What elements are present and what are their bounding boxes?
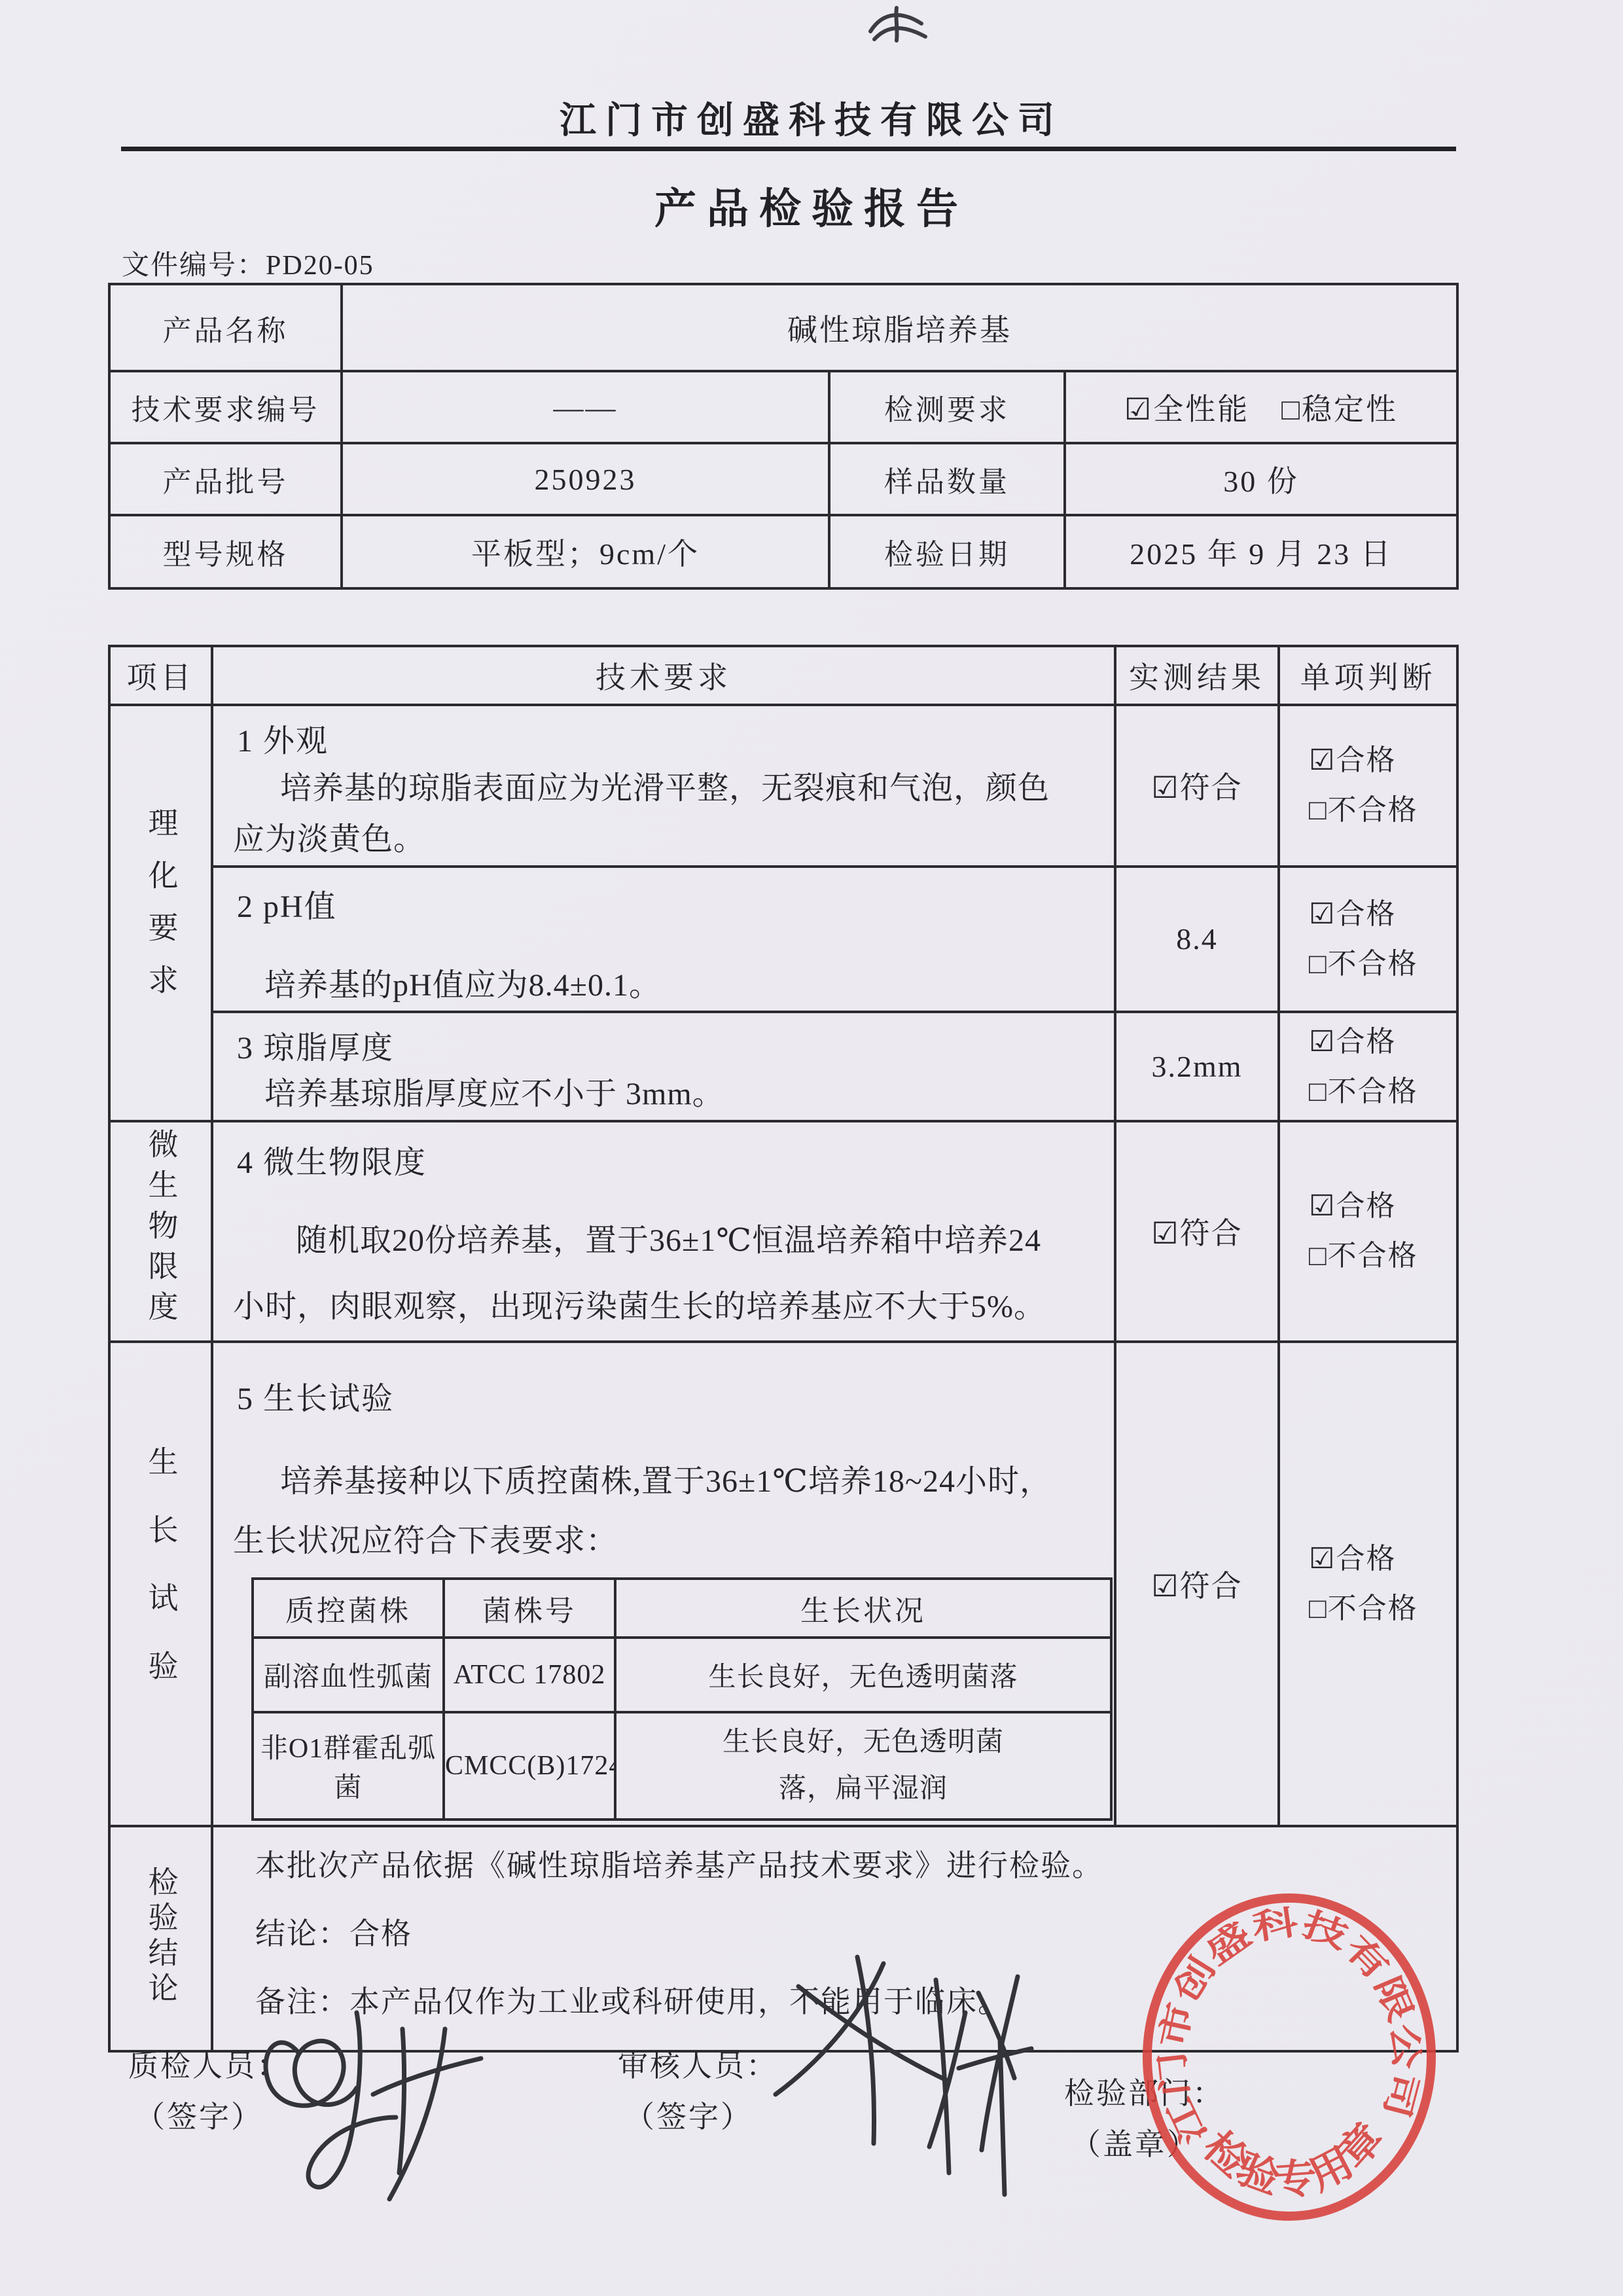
requirement-title: 1 外观: [237, 715, 1061, 761]
scanned-report-page: 江门市创盛科技有限公司 产品检验报告 文件编号：PD20-05 产品名称 碱性琼…: [0, 0, 1623, 2296]
requirement-title: 4 微生物限度: [237, 1137, 1061, 1182]
test-req-label: 检测要求: [829, 371, 1065, 443]
conclusion-basis: 本批次产品依据《碱性琼脂培养基产品技术要求》进行检验。: [255, 1846, 1430, 1886]
judgment-pass: ☑合格: [1309, 1185, 1456, 1228]
table-row: 3 琼脂厚度 培养基琼脂厚度应不小于 3mm。 3.2mm ☑合格 □不合格: [109, 1012, 1457, 1121]
result-growth: ☑符合: [1115, 1342, 1279, 1826]
col-header-item: 项目: [109, 646, 212, 705]
department-label: 检验部门：: [1064, 2068, 1224, 2119]
sample-qty-label: 样品数量: [829, 443, 1065, 515]
requirement-appearance: 1 外观 培养基的琼脂表面应为光滑平整，无裂痕和气泡，颜色应为淡黄色。: [212, 705, 1115, 867]
judgment-fail: □不合格: [1309, 942, 1456, 986]
tech-req-no-value: ——: [342, 371, 829, 443]
growth-status: 生长良好，无色透明菌落: [615, 1638, 1111, 1712]
requirement-thickness: 3 琼脂厚度 培养基琼脂厚度应不小于 3mm。: [212, 1012, 1115, 1121]
table-row: 微生物限度 4 微生物限度 随机取20份培养基，置于36±1℃恒温培养箱中培养2…: [109, 1121, 1457, 1342]
growth-col-status: 生长状况: [615, 1579, 1111, 1638]
requirement-body-line2: 生长状况应符合下表要求：: [233, 1516, 1061, 1567]
strain-number: CMCC(B)17247: [444, 1712, 615, 1820]
results-header-row: 项目 技术要求 实测结果 单项判断: [109, 646, 1457, 705]
requirement-growth: 5 生长试验 培养基接种以下质控菌株,置于36±1℃培养18~24小时， 生长状…: [212, 1342, 1115, 1826]
batch-label: 产品批号: [109, 443, 342, 515]
department-block: 检验部门： （盖章）: [1064, 2068, 1224, 2170]
judgment-fail: □不合格: [1309, 1070, 1456, 1113]
judgment-fail: □不合格: [1309, 1234, 1456, 1278]
judgment-thickness: ☑合格 □不合格: [1279, 1012, 1457, 1121]
date-value: 2025 年 9 月 23 日: [1065, 515, 1457, 588]
growth-status: 生长良好，无色透明菌落，扁平湿润: [615, 1712, 1111, 1820]
requirement-micro: 4 微生物限度 随机取20份培养基，置于36±1℃恒温培养箱中培养24小时，肉眼…: [212, 1121, 1115, 1342]
section-growth: 生长试验: [109, 1342, 212, 1826]
table-row: 产品名称 碱性琼脂培养基: [109, 284, 1457, 371]
page-title: 产品检验报告: [0, 175, 1623, 236]
title-divider: [121, 147, 1456, 151]
result-thickness: 3.2mm: [1115, 1012, 1279, 1121]
strain-name: 非O1群霍乱弧菌: [253, 1712, 444, 1820]
judgment-pass: ☑合格: [1309, 893, 1456, 936]
reviewer-handwritten-signature: [726, 1947, 1034, 2202]
section-label: 微生物限度: [139, 1128, 183, 1331]
product-name-label: 产品名称: [109, 284, 342, 371]
department-sub: （盖章）: [1071, 2119, 1224, 2170]
product-info-table: 产品名称 碱性琼脂培养基 技术要求编号 —— 检测要求 ☑全性能 □稳定性 产品…: [108, 283, 1459, 590]
growth-header-row: 质控菌株 菌株号 生长状况: [253, 1579, 1111, 1638]
growth-status-text: 生长良好，无色透明菌落，扁平湿润: [616, 1719, 1110, 1813]
judgment-pass: ☑合格: [1309, 739, 1456, 782]
result-ph: 8.4: [1115, 867, 1279, 1013]
judgment-pass: ☑合格: [1309, 1020, 1456, 1064]
result-micro: ☑符合: [1115, 1121, 1279, 1342]
judgment-appearance: ☑合格 □不合格: [1279, 705, 1457, 867]
model-label: 型号规格: [109, 515, 342, 588]
requirement-body-line1: 培养基接种以下质控菌株,置于36±1℃培养18~24小时，: [233, 1456, 1061, 1507]
test-req-checkboxes: ☑全性能 □稳定性: [1065, 371, 1457, 443]
document-number: 文件编号：PD20-05: [122, 243, 374, 283]
table-row: 型号规格 平板型；9cm/个 检验日期 2025 年 9 月 23 日: [109, 515, 1457, 588]
growth-test-table: 质控菌株 菌株号 生长状况 副溶血性弧菌 ATCC 17802 生长良好，无色透…: [251, 1577, 1113, 1821]
table-row: 生长试验 5 生长试验 培养基接种以下质控菌株,置于36±1℃培养18~24小时…: [109, 1342, 1457, 1826]
judgment-fail: □不合格: [1309, 1587, 1456, 1630]
requirement-body: 随机取20份培养基，置于36±1℃恒温培养箱中培养24小时，肉眼观察，出现污染菌…: [233, 1208, 1061, 1340]
requirement-body: 培养基的pH值应为8.4±0.1。: [233, 960, 1061, 1011]
table-row: 技术要求编号 —— 检测要求 ☑全性能 □稳定性: [109, 371, 1457, 443]
requirement-title: 3 琼脂厚度: [237, 1022, 1061, 1067]
requirement-ph: 2 pH值 培养基的pH值应为8.4±0.1。: [212, 867, 1115, 1013]
col-header-judgment: 单项判断: [1279, 646, 1457, 705]
result-appearance: ☑符合: [1115, 705, 1279, 867]
judgment-micro: ☑合格 □不合格: [1279, 1121, 1457, 1342]
growth-row: 非O1群霍乱弧菌 CMCC(B)17247 生长良好，无色透明菌落，扁平湿润: [253, 1712, 1111, 1820]
judgment-fail: □不合格: [1309, 789, 1456, 832]
col-header-requirement: 技术要求: [212, 646, 1115, 705]
table-row: 理化要求 1 外观 培养基的琼脂表面应为光滑平整，无裂痕和气泡，颜色应为淡黄色。…: [109, 705, 1457, 867]
company-name: 江门市创盛科技有限公司: [0, 92, 1623, 144]
tech-req-no-label: 技术要求编号: [109, 371, 342, 443]
section-physical: 理化要求: [109, 705, 212, 1121]
section-conclusion: 检验结论: [109, 1826, 212, 2051]
qc-handwritten-signature: [223, 1990, 497, 2206]
ink-smudge-mark: [864, 4, 936, 45]
requirement-title: 2 pH值: [237, 881, 1061, 926]
requirement-body: 培养基琼脂厚度应不小于 3mm。: [233, 1069, 1061, 1120]
strain-name: 副溶血性弧菌: [253, 1638, 444, 1712]
section-label: 理化要求: [139, 807, 183, 1016]
section-micro: 微生物限度: [109, 1121, 212, 1342]
section-label: 生长试验: [139, 1446, 183, 1718]
judgment-pass: ☑合格: [1309, 1537, 1456, 1581]
table-row: 2 pH值 培养基的pH值应为8.4±0.1。 8.4 ☑合格 □不合格: [109, 867, 1457, 1013]
date-label: 检验日期: [829, 515, 1065, 588]
product-name-value: 碱性琼脂培养基: [342, 284, 1457, 371]
col-header-result: 实测结果: [1115, 646, 1279, 705]
sample-qty-value: 30 份: [1065, 443, 1457, 515]
growth-col-strain: 质控菌株: [253, 1579, 444, 1638]
growth-col-number: 菌株号: [444, 1579, 615, 1638]
batch-value: 250923: [342, 443, 829, 515]
growth-row: 副溶血性弧菌 ATCC 17802 生长良好，无色透明菌落: [253, 1638, 1111, 1712]
requirement-body: 培养基的琼脂表面应为光滑平整，无裂痕和气泡，颜色应为淡黄色。: [233, 763, 1061, 865]
table-row: 产品批号 250923 样品数量 30 份: [109, 443, 1457, 515]
strain-number: ATCC 17802: [444, 1638, 615, 1712]
inspection-results-table: 项目 技术要求 实测结果 单项判断 理化要求 1 外观 培养基的琼脂表面应为光滑…: [108, 645, 1459, 2053]
judgment-growth: ☑合格 □不合格: [1279, 1342, 1457, 1826]
section-label: 检验结论: [139, 1866, 183, 2007]
judgment-ph: ☑合格 □不合格: [1279, 867, 1457, 1013]
model-value: 平板型；9cm/个: [342, 515, 829, 588]
requirement-title: 5 生长试验: [237, 1373, 1061, 1418]
